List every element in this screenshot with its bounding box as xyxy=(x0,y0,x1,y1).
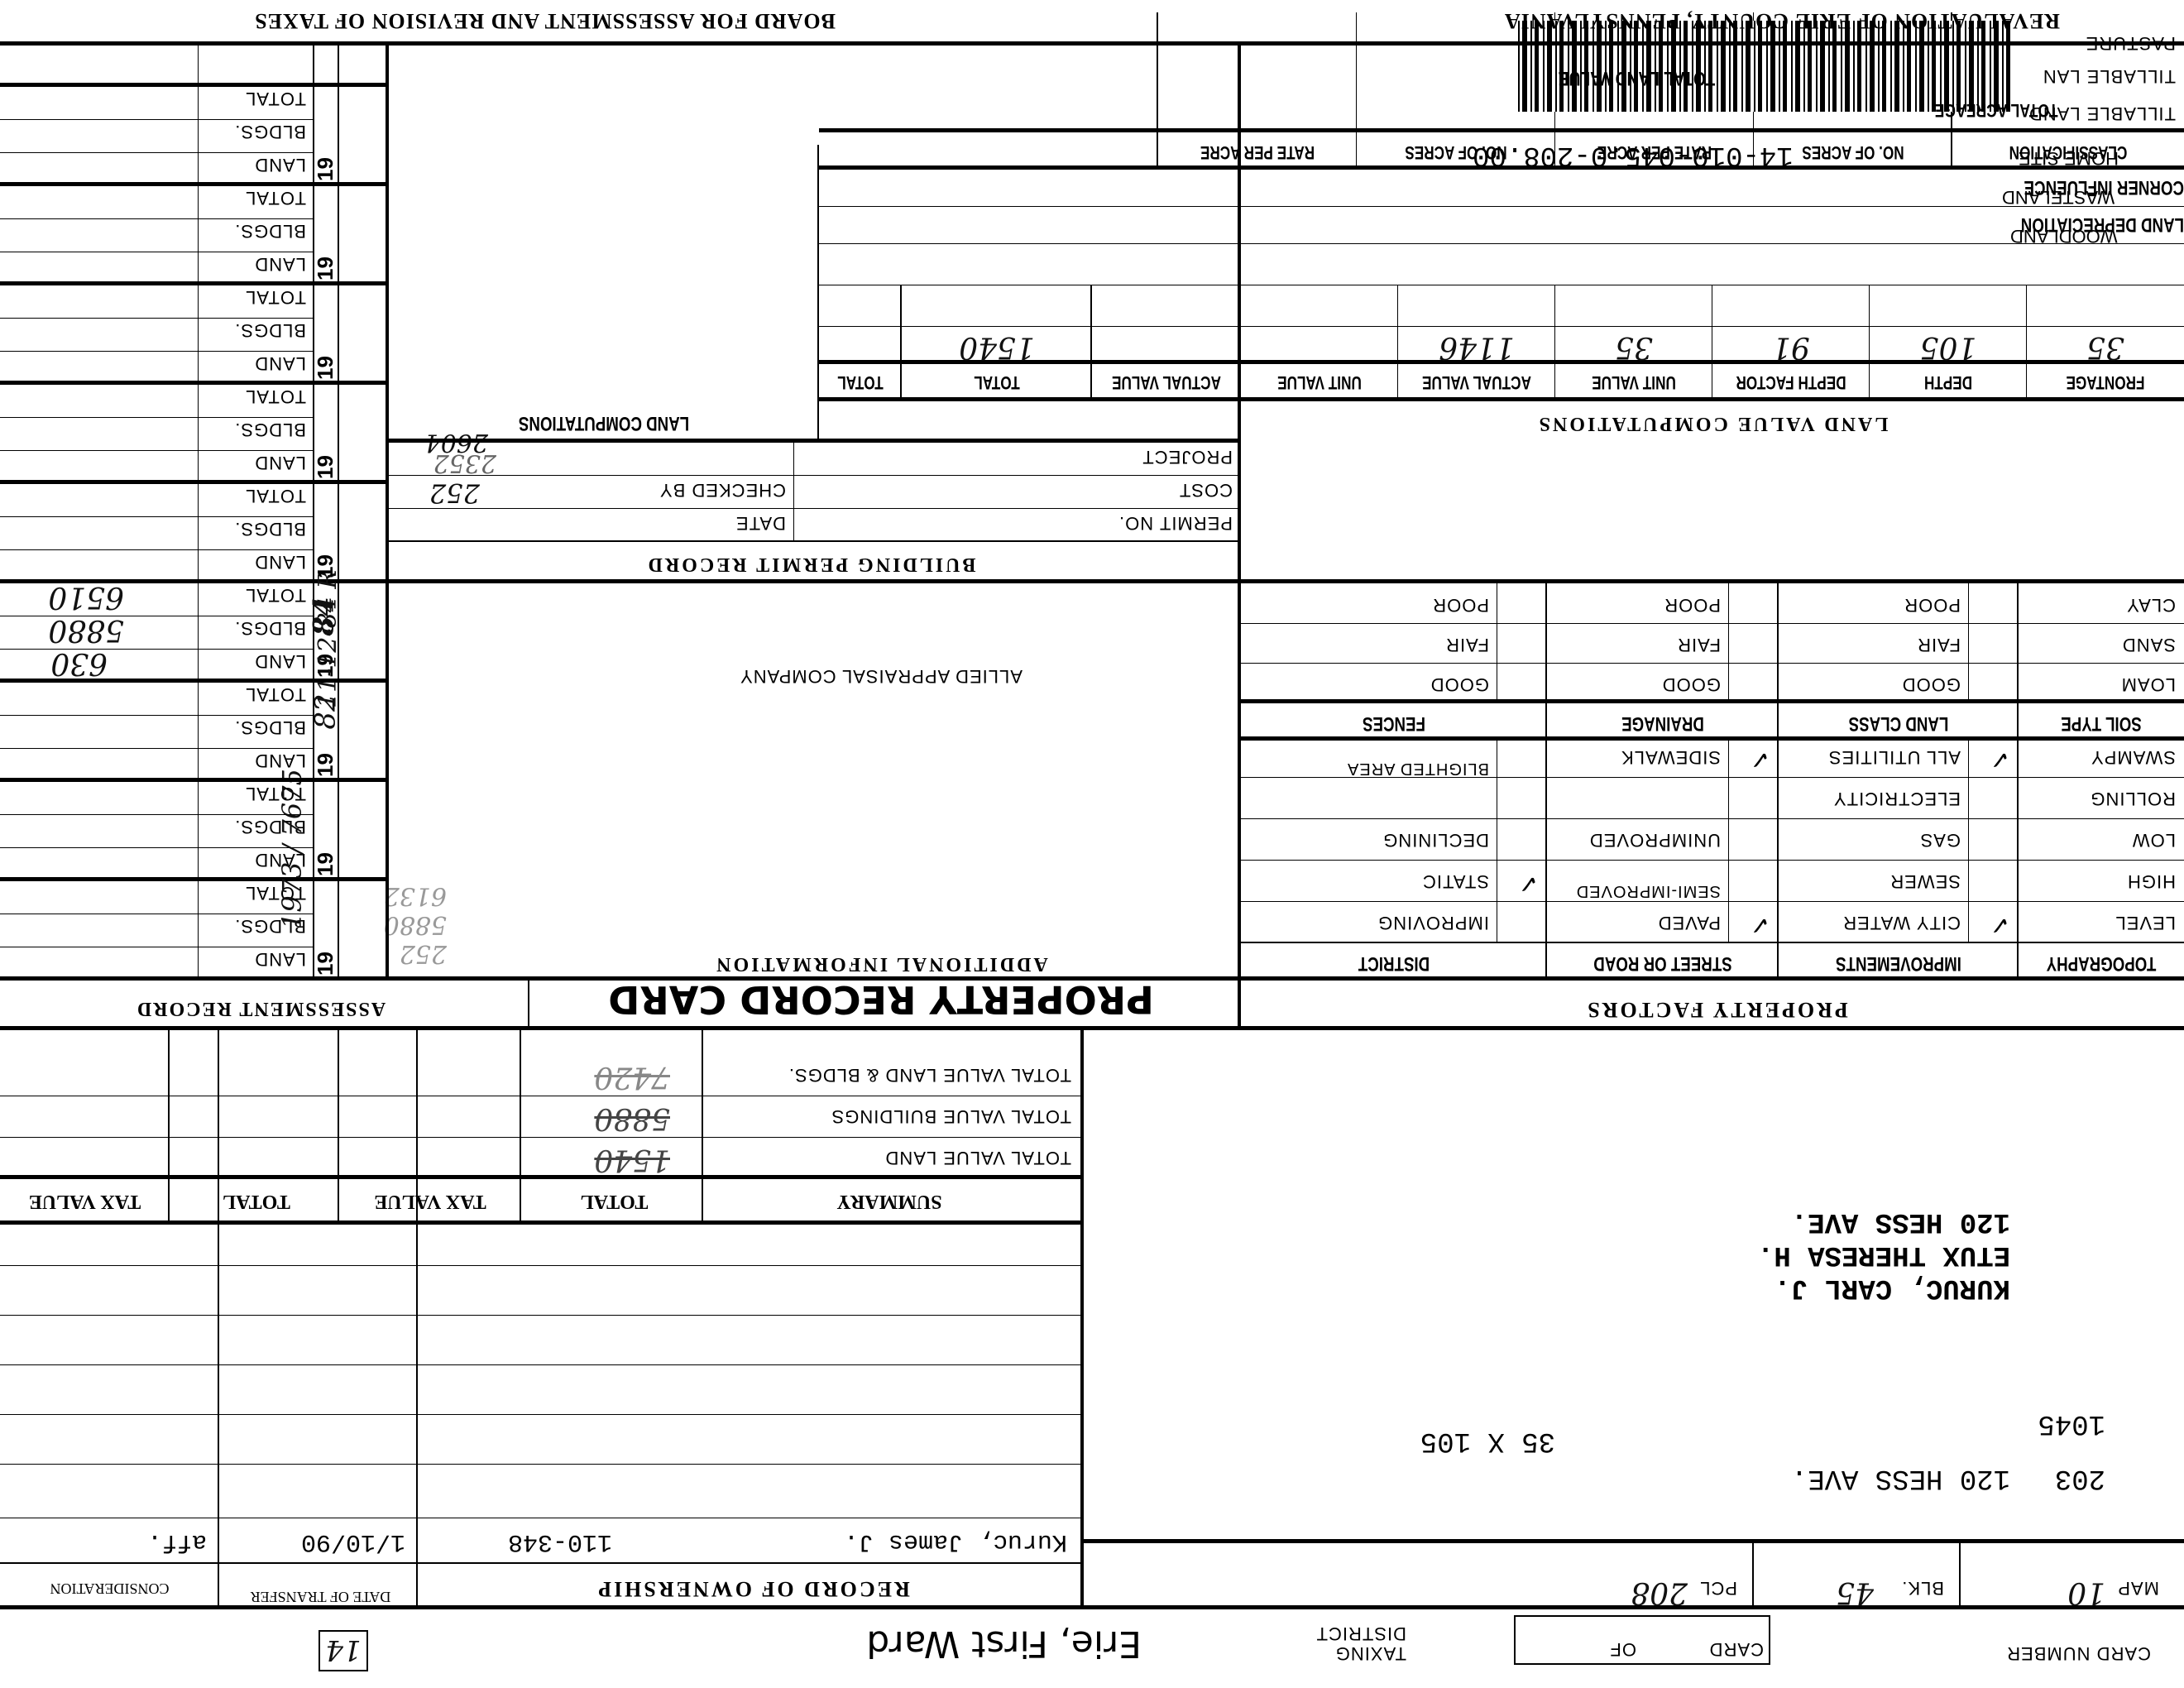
district-blighted[interactable]: BLIGHTED AREA xyxy=(1324,760,1489,778)
label-bldgs: BLDGS. xyxy=(234,419,306,440)
property-factors-title: PROPERTY FACTORS xyxy=(1249,997,2184,1022)
owner-name: KURUC, CARL J. xyxy=(1774,1272,2010,1303)
owner-row-deed: 110-348 xyxy=(508,1527,612,1556)
box-number: 14 xyxy=(318,1630,368,1671)
permit-note-1: 252 xyxy=(429,477,480,509)
parcel-code-a: 1045 xyxy=(2038,1407,2105,1439)
fences-poor[interactable]: POOR xyxy=(1432,594,1489,616)
topo-swampy[interactable]: SWAMPY xyxy=(2091,746,2176,768)
additional-info-title: ADDITIONAL INFORMATION xyxy=(529,952,1233,975)
rate-per-acre-header-2: RATE PER ACRE xyxy=(1180,141,1334,163)
label-bldgs: BLDGS. xyxy=(234,121,306,142)
header-title-left: REVALUATION OF ERIE COUNTY, PENNSYLVANIA xyxy=(1504,8,2060,33)
street-header: STREET OR ROAD xyxy=(1573,952,1753,975)
unit-value[interactable]: 35 xyxy=(1555,330,1712,364)
label-bldgs: BLDGS. xyxy=(234,220,306,242)
permit-cost-label: COST xyxy=(1179,479,1233,501)
district-header: DISTRICT xyxy=(1275,952,1514,975)
improv-electricity[interactable]: ELECTRICITY xyxy=(1833,788,1961,809)
card-title: PROPERTY RECORD CARD xyxy=(529,977,1233,1022)
permit-project-label: PROJECT xyxy=(1142,446,1233,468)
additional-note-3: 6132 xyxy=(384,881,447,910)
actual-value[interactable]: 1146 xyxy=(1398,330,1555,364)
owner-row-consideration: aff. xyxy=(147,1527,207,1556)
check-sidewalk[interactable]: ✓ xyxy=(1750,745,1770,774)
label-land: LAND xyxy=(254,352,306,374)
taxing-district-value: Erie, First Ward xyxy=(866,1623,1142,1665)
summary-tax-header: TAX VALUE xyxy=(339,1190,521,1212)
taxing-district-label: TAXING DISTRICT xyxy=(1324,1623,1406,1663)
fences-good[interactable]: GOOD xyxy=(1430,674,1489,695)
assessment-total-value: 6510 xyxy=(48,580,124,614)
year-prefix: 19 xyxy=(313,257,338,281)
summary-landbldgs-label: TOTAL VALUE LAND & BLDGS. xyxy=(788,1064,1071,1086)
permit-no-label: PERMIT NO. xyxy=(1118,512,1233,534)
additional-note-1: 252 xyxy=(400,939,447,968)
acreage-tillable-lan: TILLABLE LAN xyxy=(2043,65,2176,87)
label-land: LAND xyxy=(254,452,306,473)
header-title-right: BOARD FOR ASSESSMENT AND REVISION OF TAX… xyxy=(254,8,836,33)
label-bldgs: BLDGS. xyxy=(234,518,306,539)
label-total: TOTAL xyxy=(245,88,306,109)
summary-title: SUMMARY xyxy=(703,1190,1075,1212)
owner-name-2: ETUX THERESA H. xyxy=(1757,1239,2010,1270)
col-unit-value-2: UNIT VALUE xyxy=(1258,372,1381,393)
acreage-woodland: WOODLAND xyxy=(2010,225,2118,247)
fences-fair[interactable]: FAIR xyxy=(1445,634,1489,655)
col-actual-value-2: ACTUAL VALUE xyxy=(1109,372,1224,393)
col-depth: DEPTH xyxy=(1887,372,2009,393)
building-permit-title: BUILDING PERMIT RECORD xyxy=(389,553,1233,575)
label-total: TOTAL xyxy=(245,187,306,209)
col-actual-value: ACTUAL VALUE xyxy=(1415,372,1538,393)
map-label: MAP xyxy=(2117,1577,2159,1599)
col-depth-factor: DEPTH FACTOR xyxy=(1730,372,1852,393)
check-static[interactable]: ✓ xyxy=(1518,869,1539,898)
owner-block: 1045 xyxy=(2038,1407,2105,1440)
parcel-id: 14-010-045.0-208.00 xyxy=(1473,139,1794,170)
summary-tax-header-2: TAX VALUE xyxy=(0,1190,170,1212)
col-total: TOTAL xyxy=(922,372,1070,393)
of-label: OF xyxy=(1609,1638,1636,1660)
property-record-card: CARD NUMBER CARD OF TAXING DISTRICT Erie… xyxy=(0,0,2184,1688)
landclass-fair[interactable]: FAIR xyxy=(1917,634,1961,655)
drainage-good[interactable]: GOOD xyxy=(1662,674,1721,695)
assessment-bldgs-value: 5880 xyxy=(48,613,124,647)
total-acreage-label: TOTAL ACREAGE xyxy=(1935,99,2058,121)
summary-total-header-2: TOTAL xyxy=(174,1190,339,1212)
label-total: TOTAL xyxy=(245,683,306,705)
land-total-value[interactable]: 1540 xyxy=(902,330,1092,364)
check-city-water[interactable]: ✓ xyxy=(1990,910,2010,939)
summary-total-header: TOTAL xyxy=(525,1190,703,1212)
consideration-header: CONSIDERATION xyxy=(0,1580,219,1597)
site-address: 120 HESS AVE. xyxy=(1791,1462,2010,1494)
soil-clay[interactable]: CLAY xyxy=(2126,594,2176,616)
acreage-wasteland: WASTELAND xyxy=(2002,186,2115,208)
label-land: LAND xyxy=(254,253,306,275)
blk-value[interactable]: 45 xyxy=(1836,1575,1874,1609)
acreage-home-site: HOME SITE xyxy=(2019,147,2119,169)
district-declining[interactable]: DECLINING xyxy=(1382,829,1489,851)
label-land: LAND xyxy=(254,750,306,771)
label-land: LAND xyxy=(254,154,306,175)
drainage-header: DRAINAGE xyxy=(1573,712,1753,735)
improv-sewer[interactable]: SEWER xyxy=(1889,870,1961,892)
assessment-record-title: ASSESSMENT RECORD xyxy=(0,997,521,1019)
year-prefix: 19 xyxy=(313,952,338,976)
fences-header: FENCES xyxy=(1275,712,1514,735)
depth-value[interactable]: 105 xyxy=(1870,330,2027,364)
col-total-2: TOTAL xyxy=(828,372,893,393)
land-computations-title: LAND COMPUTATIONS xyxy=(436,411,772,434)
permit-checked-by-label: CHECKED BY xyxy=(659,479,786,501)
label-bldgs: BLDGS. xyxy=(234,617,306,639)
check-paved[interactable]: ✓ xyxy=(1750,910,1770,939)
label-total: TOTAL xyxy=(245,485,306,506)
frontage-value[interactable]: 35 xyxy=(2027,330,2184,364)
label-total: TOTAL xyxy=(245,386,306,407)
year-prefix: 19 xyxy=(313,157,338,181)
improv-city-water[interactable]: CITY WATER xyxy=(1842,912,1961,933)
topo-low[interactable]: LOW xyxy=(2132,829,2176,851)
parcel-code-b: 203 xyxy=(2055,1462,2105,1494)
street-unimproved[interactable]: UNIMPROVED xyxy=(1589,829,1721,851)
label-land: LAND xyxy=(254,551,306,573)
year-prefix: 19 xyxy=(313,554,338,578)
year-prefix: 19 xyxy=(313,852,338,876)
assessment-land-value: 630 xyxy=(50,646,108,680)
district-improving[interactable]: IMPROVING xyxy=(1377,912,1489,933)
label-land: LAND xyxy=(254,650,306,672)
topo-rolling[interactable]: ROLLING xyxy=(2090,788,2176,809)
street-semi-improved[interactable]: SEMI-IMPROVED xyxy=(1555,882,1721,900)
map-value[interactable]: 10 xyxy=(2067,1575,2105,1609)
owner-row-date: 1/10/90 xyxy=(301,1527,405,1556)
drainage-poor[interactable]: POOR xyxy=(1664,594,1721,616)
owner-row-name: Kuruc, James J. xyxy=(844,1527,1067,1556)
summary-bldgs-label: TOTAL VALUE BUILDINGS xyxy=(831,1105,1071,1127)
improv-all-utilities[interactable]: ALL UTILITIES xyxy=(1828,746,1961,768)
appraisal-company: ALLIED APPRAISAL COMPANY xyxy=(529,665,1233,687)
label-total: TOTAL xyxy=(245,584,306,606)
soil-loam[interactable]: LOAM xyxy=(2121,674,2176,695)
label-total: TOTAL xyxy=(245,286,306,308)
label-bldgs: BLDGS. xyxy=(234,717,306,738)
lot-dimensions: 35 X 105 xyxy=(1420,1425,1555,1456)
district-static[interactable]: STATIC xyxy=(1422,870,1489,892)
year-note-84: 11-12-84 R xyxy=(314,570,342,708)
improv-gas[interactable]: GAS xyxy=(1920,829,1961,851)
year-note-1973: 1973 / 7675 xyxy=(276,769,308,929)
year-prefix: 19 xyxy=(313,455,338,479)
soil-sand[interactable]: SAND xyxy=(2122,634,2176,655)
col-frontage: FRONTAGE xyxy=(2044,372,2167,393)
date-of-transfer-header: DATE OF TRANSFER xyxy=(223,1588,418,1605)
check-all-utilities[interactable]: ✓ xyxy=(1990,745,2010,774)
ownership-title: RECORD OF OWNERSHIP xyxy=(422,1576,1084,1601)
street-paved[interactable]: PAVED xyxy=(1658,912,1721,933)
topo-level[interactable]: LEVEL xyxy=(2115,912,2177,933)
card-of-box[interactable]: CARD OF xyxy=(1514,1615,1770,1665)
street-sidewalk[interactable]: SIDEWALK xyxy=(1621,746,1721,768)
drainage-fair[interactable]: FAIR xyxy=(1677,634,1721,655)
additional-note-2: 5880 xyxy=(384,910,447,939)
year-prefix: 19 xyxy=(313,753,338,777)
summary-land-total: 1540 xyxy=(594,1143,670,1177)
topo-high[interactable]: HIGH xyxy=(2127,870,2176,892)
card-number-label: CARD NUMBER xyxy=(2068,1643,2151,1663)
no-of-acres-header: NO. OF ACRES xyxy=(1775,141,1930,163)
label-land: LAND xyxy=(254,948,306,970)
permit-date-label: DATE xyxy=(735,512,786,534)
summary-landbldgs-total: 7420 xyxy=(594,1060,670,1094)
improvements-header: IMPROVEMENTS xyxy=(1805,952,1992,975)
topography-header: TOPOGRAPHY xyxy=(2037,952,2166,975)
year-prefix: 19 xyxy=(313,356,338,380)
owner-address: 120 HESS AVE. xyxy=(1791,1206,2010,1237)
summary-land-label: TOTAL VALUE LAND xyxy=(885,1147,1071,1168)
landclass-good[interactable]: GOOD xyxy=(1902,674,1961,695)
depth-factor-value[interactable]: 91 xyxy=(1712,330,1870,364)
landclass-poor[interactable]: POOR xyxy=(1904,594,1961,616)
card-label: CARD xyxy=(1709,1638,1764,1660)
col-unit-value: UNIT VALUE xyxy=(1573,372,1695,393)
soil-type-header: SOIL TYPE xyxy=(2037,712,2166,735)
pcl-value[interactable]: 208 xyxy=(1631,1575,1688,1609)
pcl-label: PCL xyxy=(1699,1577,1737,1599)
label-bldgs: BLDGS. xyxy=(234,319,306,341)
land-value-title: LAND VALUE COMPUTATIONS xyxy=(1241,412,2184,434)
land-class-header: LAND CLASS xyxy=(1805,712,1992,735)
total-land-value-label: TOTAL LAND VALUE xyxy=(1559,66,1716,89)
summary-bldgs-total: 5880 xyxy=(594,1101,670,1135)
blk-label: BLK. xyxy=(1901,1577,1944,1599)
